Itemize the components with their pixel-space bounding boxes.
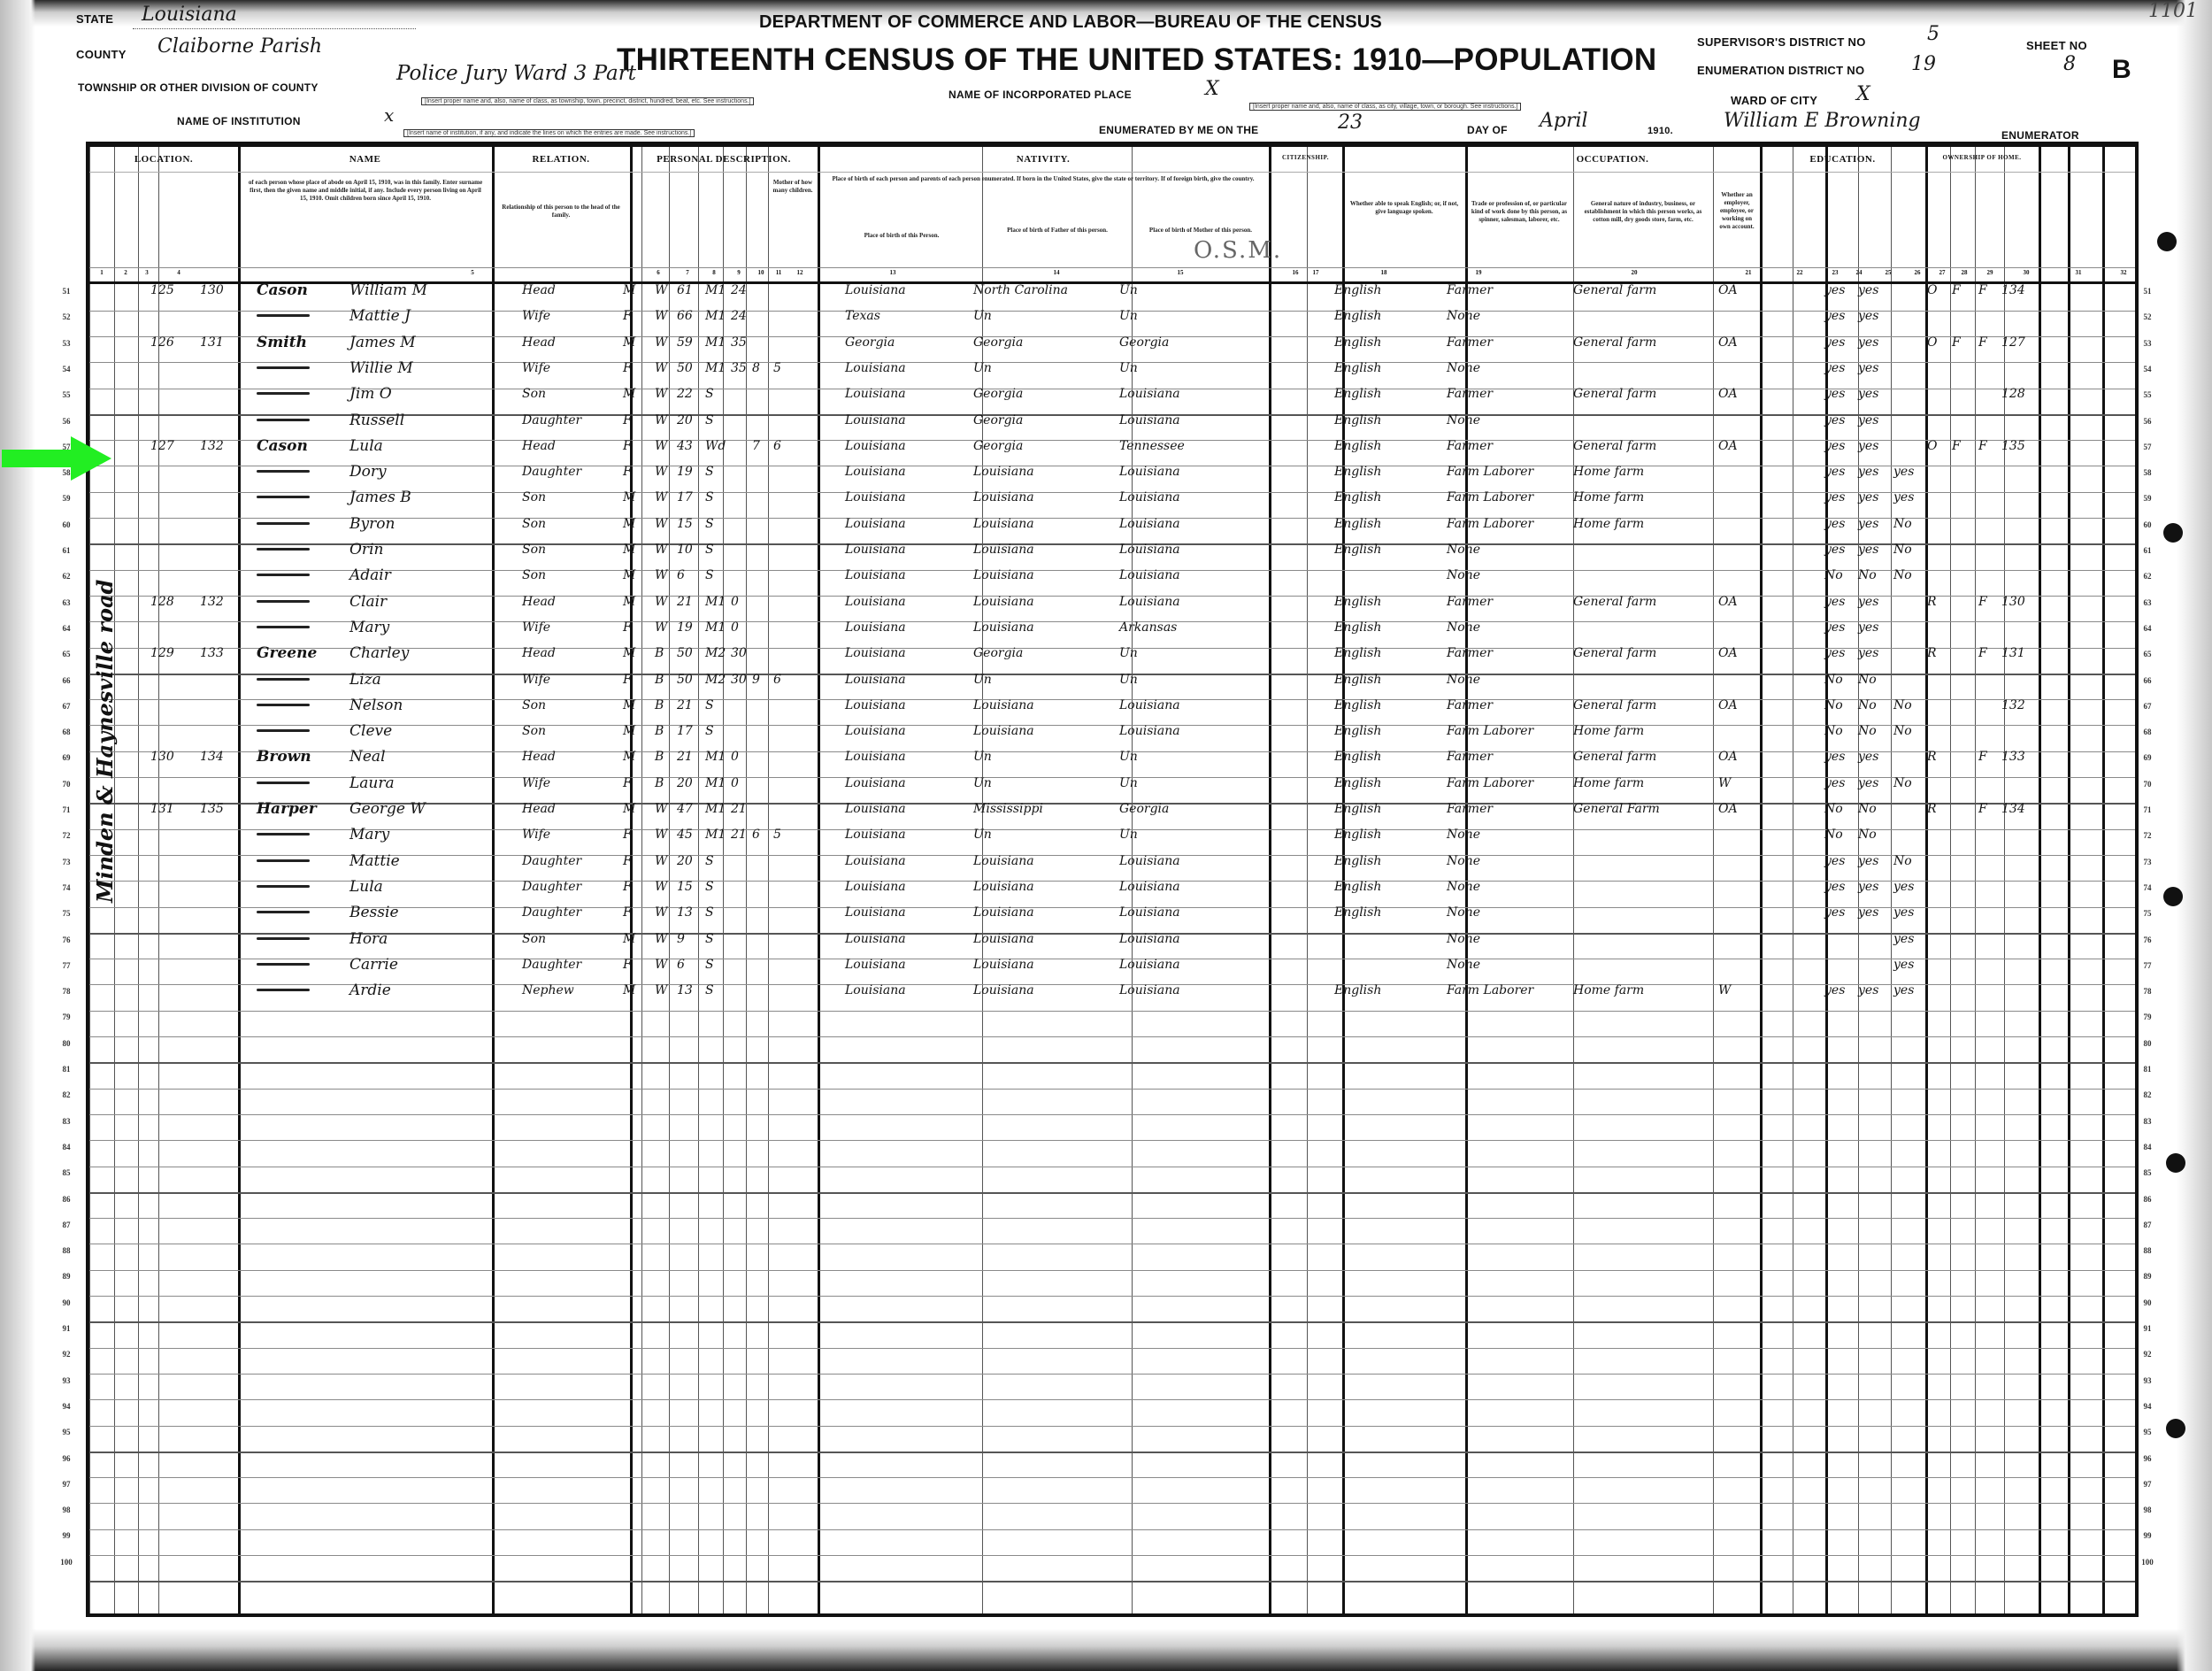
row-line [89, 1581, 2135, 1582]
cell-father-birthplace: Louisiana [973, 463, 1034, 481]
cell-relation: Son [522, 541, 546, 558]
row-number: 53 [2136, 339, 2159, 348]
cell-birthplace: Louisiana [845, 852, 906, 870]
cell-race: W [655, 463, 667, 481]
cell-marital: S [705, 930, 714, 948]
row-line [89, 1399, 2135, 1400]
cell-industry: General farm [1573, 385, 1656, 403]
cell-father-birthplace: Un [973, 826, 992, 843]
day-of-label: day of [1467, 124, 1508, 136]
column-number: 2 [117, 269, 134, 276]
ditto-dash [257, 833, 310, 835]
corner-mark: 1101 [2148, 0, 2198, 22]
cell-father-birthplace: Louisiana [973, 982, 1034, 999]
cell-birthplace: Louisiana [845, 930, 906, 948]
cell-industry: General farm [1573, 437, 1656, 455]
cell-class: OA [1718, 281, 1738, 299]
cell-family: 132 [200, 593, 224, 611]
cell-family: 133 [200, 644, 224, 662]
row-number: 68 [55, 728, 78, 736]
cell-mother-birthplace: Louisiana [1119, 956, 1180, 974]
cell-trade: None [1447, 671, 1480, 689]
cell-read: yes [1824, 515, 1845, 533]
cell-age: 43 [677, 437, 693, 455]
cell-birthplace: Louisiana [845, 748, 906, 766]
cell-trade: Farm Laborer [1447, 722, 1533, 740]
row-line [89, 1036, 2135, 1037]
cell-trade: Farm Laborer [1447, 515, 1533, 533]
cell-school: yes [1893, 878, 1914, 896]
cell-trade: None [1447, 904, 1480, 921]
institution-label: Name of Institution [177, 115, 301, 127]
cell-sex: M [623, 930, 635, 948]
incorporated-place-label: Name of incorporated place [949, 89, 1132, 101]
cell-trade: None [1447, 412, 1480, 429]
ditto-dash [257, 626, 310, 628]
cell-write: yes [1858, 307, 1878, 325]
cell-schedule: 134 [2001, 281, 2025, 299]
cell-race: W [655, 800, 667, 818]
cell-read: yes [1824, 593, 1845, 611]
row-number: 95 [2136, 1428, 2159, 1436]
row-number: 93 [55, 1376, 78, 1385]
cell-english: English [1334, 774, 1381, 792]
row-number: 61 [55, 546, 78, 555]
cell-mother-birthplace: Louisiana [1119, 722, 1180, 740]
cell-english: English [1334, 644, 1381, 662]
cell-family: 135 [200, 800, 224, 818]
cell-children-living: 6 [773, 437, 781, 455]
row-number: 96 [2136, 1454, 2159, 1463]
state-value: Louisiana [142, 4, 237, 26]
cell-given: Clair [349, 593, 387, 611]
cell-children-living: 5 [773, 826, 781, 843]
cell-mother-birthplace: Un [1119, 307, 1138, 325]
row-line [89, 1270, 2135, 1271]
cell-relation: Wife [522, 307, 550, 325]
row-number: 77 [55, 961, 78, 970]
cell-english: English [1334, 671, 1381, 689]
cell-trade: None [1447, 541, 1480, 558]
cell-english: English [1334, 489, 1381, 506]
cell-relation: Daughter [522, 878, 581, 896]
column-number: 30 [2017, 269, 2035, 276]
row-line [89, 1089, 2135, 1090]
row-number: 60 [55, 520, 78, 529]
cell-write: yes [1858, 385, 1878, 403]
cell-father-birthplace: Louisiana [973, 904, 1034, 921]
sheet-number: 8 [2063, 53, 2076, 75]
employer-column-desc: Whether an employer, employee, or workin… [1716, 191, 1758, 231]
cell-industry: General farm [1573, 748, 1656, 766]
cell-write: yes [1858, 515, 1878, 533]
row-line [89, 1218, 2135, 1219]
column-number: 32 [2115, 269, 2132, 276]
row-line [89, 1503, 2135, 1504]
row-number: 69 [55, 753, 78, 762]
row-line [89, 1140, 2135, 1141]
department-heading: DEPARTMENT OF COMMERCE AND LABOR—BUREAU … [759, 12, 1382, 33]
ditto-dash [257, 937, 310, 940]
cell-relation: Head [522, 437, 556, 455]
row-number: 84 [2136, 1143, 2159, 1151]
cell-race: W [655, 489, 667, 506]
column-number: 10 [752, 269, 770, 276]
cell-read: yes [1824, 774, 1845, 792]
row-number: 99 [55, 1531, 78, 1540]
cell-given: Charley [349, 644, 409, 662]
row-line [89, 1426, 2135, 1427]
row-line [89, 1452, 2135, 1453]
row-number: 95 [55, 1428, 78, 1436]
cell-age: 17 [677, 489, 693, 506]
cell-industry: Home farm [1573, 515, 1644, 533]
column-number: 4 [170, 269, 188, 276]
row-number: 91 [2136, 1324, 2159, 1333]
cell-race: W [655, 852, 667, 870]
cell-marital: S [705, 412, 714, 429]
cell-free: F [1952, 281, 1961, 299]
cell-school: yes [1893, 904, 1914, 921]
cell-relation: Head [522, 281, 556, 299]
cell-trade: Farmer [1447, 697, 1493, 714]
cell-given: Carrie [349, 956, 398, 974]
cell-industry: General farm [1573, 593, 1656, 611]
cell-mother-birthplace: Un [1119, 774, 1138, 792]
cell-age: 21 [677, 697, 693, 714]
cell-farm: F [1978, 800, 1987, 818]
cell-industry: Home farm [1573, 489, 1644, 506]
cell-mother-birthplace: Georgia [1119, 800, 1169, 818]
punch-hole [2166, 1153, 2185, 1173]
row-line [89, 1296, 2135, 1297]
township-note: [Insert proper name and, also, name of c… [421, 97, 754, 105]
column-number: 28 [1955, 269, 1973, 276]
cell-class: OA [1718, 437, 1738, 455]
cell-schedule: 133 [2001, 748, 2025, 766]
cell-father-birthplace: Louisiana [973, 515, 1034, 533]
cell-years-married: 24 [731, 281, 747, 299]
cell-school: No [1893, 541, 1912, 558]
cell-read: yes [1824, 281, 1845, 299]
row-number: 54 [2136, 365, 2159, 373]
cell-birthplace: Louisiana [845, 904, 906, 921]
row-number: 53 [55, 339, 78, 348]
cell-sex: F [623, 307, 632, 325]
cell-father-birthplace: Louisiana [973, 930, 1034, 948]
cell-birthplace: Louisiana [845, 956, 906, 974]
row-number: 73 [55, 858, 78, 866]
ditto-dash [257, 963, 310, 966]
cell-race: W [655, 412, 667, 429]
enumeration-district-value: 19 [1911, 53, 1936, 75]
row-number: 97 [2136, 1480, 2159, 1489]
mother-column-desc: Mother of how many children. [771, 179, 815, 195]
cell-age: 20 [677, 774, 693, 792]
section-location: LOCATION. [89, 154, 238, 165]
ditto-dash [257, 859, 310, 862]
cell-free: F [1952, 437, 1961, 455]
industry-column-desc: General nature of industry, business, or… [1578, 200, 1709, 224]
cell-age: 6 [677, 956, 685, 974]
cell-marital: M1 [705, 826, 726, 843]
cell-english: English [1334, 800, 1381, 818]
cell-father-birthplace: Georgia [973, 437, 1023, 455]
cell-marital: S [705, 904, 714, 921]
cell-birthplace: Louisiana [845, 826, 906, 843]
row-number: 92 [2136, 1350, 2159, 1359]
county-value: Claiborne Parish [157, 35, 322, 58]
cell-race: B [655, 722, 664, 740]
column-number: 1 [93, 269, 111, 276]
cell-write: yes [1858, 412, 1878, 429]
cell-mother-birthplace: Arkansas [1119, 619, 1177, 636]
cell-birthplace: Georgia [845, 334, 895, 351]
column-number: 12 [791, 269, 809, 276]
row-number: 59 [2136, 494, 2159, 503]
row-number: 80 [2136, 1039, 2159, 1048]
cell-mother-birthplace: Louisiana [1119, 463, 1180, 481]
cell-sex: M [623, 541, 635, 558]
cell-trade: Farm Laborer [1447, 489, 1533, 506]
row-number: 66 [2136, 676, 2159, 685]
cell-sex: M [623, 385, 635, 403]
cell-marital: S [705, 722, 714, 740]
row-number: 90 [55, 1298, 78, 1307]
row-number: 51 [2136, 287, 2159, 296]
cell-years-married: 24 [731, 307, 747, 325]
row-number: 71 [55, 805, 78, 814]
year-label: 1910. [1647, 126, 1673, 136]
birth-mother-desc: Place of birth of Mother of this person. [1137, 227, 1264, 235]
cell-dwelling: 129 [150, 644, 174, 662]
row-number: 68 [2136, 728, 2159, 736]
cell-birthplace: Louisiana [845, 722, 906, 740]
ditto-dash [257, 419, 310, 421]
row-number: 65 [2136, 650, 2159, 658]
cell-class: OA [1718, 748, 1738, 766]
cell-trade: None [1447, 619, 1480, 636]
column-number: 6 [649, 269, 667, 276]
cell-father-birthplace: Georgia [973, 334, 1023, 351]
cell-marital: S [705, 956, 714, 974]
column-number: 16 [1286, 269, 1304, 276]
cell-age: 45 [677, 826, 693, 843]
ditto-dash [257, 911, 310, 913]
cell-school: No [1893, 852, 1912, 870]
cell-school: No [1893, 515, 1912, 533]
cell-birthplace: Louisiana [845, 566, 906, 584]
supervisor-district-label: Supervisor's District No [1697, 35, 1866, 49]
row-number: 83 [2136, 1117, 2159, 1126]
cell-mother-birthplace: Un [1119, 359, 1138, 377]
column-number: 23 [1826, 269, 1844, 276]
cell-family: 134 [200, 748, 224, 766]
cell-children-living: 5 [773, 359, 781, 377]
cell-birthplace: Louisiana [845, 671, 906, 689]
cell-marital: S [705, 566, 714, 584]
cell-race: W [655, 359, 667, 377]
cell-given: Nelson [349, 697, 403, 714]
cell-read: yes [1824, 463, 1845, 481]
cell-english: English [1334, 852, 1381, 870]
cell-father-birthplace: Louisiana [973, 852, 1034, 870]
enumerated-label: Enumerated by me on the [1099, 124, 1258, 136]
cell-race: B [655, 774, 664, 792]
row-number: 87 [55, 1221, 78, 1229]
cell-class: W [1718, 982, 1731, 999]
cell-farm: F [1978, 437, 1987, 455]
cell-father-birthplace: Un [973, 307, 992, 325]
cell-given: Jim O [349, 385, 392, 403]
cell-english: English [1334, 307, 1381, 325]
cell-trade: Farm Laborer [1447, 774, 1533, 792]
cell-marital: M1 [705, 307, 726, 325]
ditto-dash [257, 600, 310, 603]
cell-birthplace: Louisiana [845, 619, 906, 636]
cell-relation: Son [522, 385, 546, 403]
cell-write: yes [1858, 748, 1878, 766]
row-number: 63 [55, 598, 78, 607]
column-number: 5 [464, 269, 481, 276]
cell-write: yes [1858, 359, 1878, 377]
cell-class: OA [1718, 800, 1738, 818]
cell-given: Laura [349, 774, 395, 792]
cell-marital: M2 [705, 671, 726, 689]
section-nativity: NATIVITY. [818, 154, 1269, 165]
row-number: 57 [2136, 443, 2159, 451]
cell-write: yes [1858, 489, 1878, 506]
cell-relation: Head [522, 748, 556, 766]
cell-dwelling: 127 [150, 437, 174, 455]
cell-father-birthplace: Un [973, 774, 992, 792]
ditto-dash [257, 496, 310, 498]
cell-school: yes [1893, 956, 1914, 974]
cell-school: yes [1893, 489, 1914, 506]
column-number: 25 [1879, 269, 1897, 276]
cell-years-married: 30 [731, 671, 747, 689]
cell-father-birthplace: Georgia [973, 412, 1023, 429]
cell-read: yes [1824, 541, 1845, 558]
ditto-dash [257, 989, 310, 991]
ditto-dash [257, 885, 310, 888]
cell-mother-birthplace: Louisiana [1119, 878, 1180, 896]
row-number: 60 [2136, 520, 2159, 529]
row-number: 79 [2136, 1013, 2159, 1021]
cell-surname: Smith [257, 334, 307, 351]
cell-marital: S [705, 463, 714, 481]
cell-given: Orin [349, 541, 383, 558]
cell-surname: Harper [257, 800, 317, 818]
cell-sex: M [623, 515, 635, 533]
cell-relation: Daughter [522, 904, 581, 921]
row-number: 62 [2136, 572, 2159, 581]
cell-children-born: 7 [752, 437, 760, 455]
cell-years-married: 21 [731, 826, 747, 843]
cell-trade: Farmer [1447, 437, 1493, 455]
cell-write: yes [1858, 774, 1878, 792]
column-number: 18 [1375, 269, 1393, 276]
cell-marital: S [705, 489, 714, 506]
cell-dwelling: 125 [150, 281, 174, 299]
cell-relation: Son [522, 722, 546, 740]
census-sheet: 1101 State Louisiana County Claiborne Pa… [0, 0, 2212, 1671]
cell-marital: M1 [705, 800, 726, 818]
cell-race: W [655, 334, 667, 351]
cell-mother-birthplace: Un [1119, 748, 1138, 766]
cell-sex: M [623, 722, 635, 740]
cell-trade: Farm Laborer [1447, 463, 1533, 481]
cell-sex: F [623, 878, 632, 896]
row-number: 51 [55, 287, 78, 296]
margin-note: Minden & Haynesville road [92, 580, 118, 903]
cell-relation: Daughter [522, 852, 581, 870]
state-label: State [76, 12, 113, 26]
cell-read: yes [1824, 385, 1845, 403]
section-relation: RELATION. [492, 154, 630, 165]
cell-relation: Son [522, 930, 546, 948]
row-line [89, 1167, 2135, 1167]
township-value: Police Jury Ward 3 Part [396, 62, 636, 85]
cell-class: OA [1718, 385, 1738, 403]
column-number: 17 [1307, 269, 1325, 276]
cell-sex: M [623, 748, 635, 766]
row-number: 97 [55, 1480, 78, 1489]
row-number: 100 [2136, 1558, 2159, 1567]
cell-schedule: 132 [2001, 697, 2025, 714]
row-number: 52 [55, 312, 78, 321]
row-number: 55 [55, 390, 78, 399]
cell-english: English [1334, 748, 1381, 766]
column-number: 11 [770, 269, 787, 276]
county-label: County [76, 48, 127, 61]
cell-race: B [655, 748, 664, 766]
cell-marital: S [705, 852, 714, 870]
cell-age: 21 [677, 748, 693, 766]
cell-mother-birthplace: Louisiana [1119, 852, 1180, 870]
column-number: 15 [1171, 269, 1189, 276]
cell-years-married: 0 [731, 748, 739, 766]
cell-birthplace: Louisiana [845, 463, 906, 481]
row-number: 90 [2136, 1298, 2159, 1307]
row-number: 83 [55, 1117, 78, 1126]
cell-school: No [1893, 722, 1912, 740]
cell-birthplace: Louisiana [845, 385, 906, 403]
cell-read: yes [1824, 619, 1845, 636]
cell-age: 15 [677, 515, 693, 533]
row-number: 72 [55, 831, 78, 840]
cell-relation: Head [522, 644, 556, 662]
cell-owned: R [1927, 748, 1937, 766]
cell-farm: F [1978, 644, 1987, 662]
cell-relation: Nephew [522, 982, 574, 999]
cell-trade: Farmer [1447, 281, 1493, 299]
cell-race: B [655, 644, 664, 662]
row-number: 58 [2136, 468, 2159, 477]
cell-sex: M [623, 982, 635, 999]
cell-read: yes [1824, 437, 1845, 455]
row-number: 100 [55, 1558, 78, 1567]
cell-father-birthplace: Georgia [973, 385, 1023, 403]
cell-mother-birthplace: Louisiana [1119, 541, 1180, 558]
cell-relation: Son [522, 697, 546, 714]
row-number: 66 [55, 676, 78, 685]
cell-school: No [1893, 566, 1912, 584]
cell-given: Byron [349, 515, 395, 533]
cell-given: Willie M [349, 359, 413, 377]
cell-birthplace: Louisiana [845, 593, 906, 611]
ward-value: X [1856, 83, 1870, 105]
